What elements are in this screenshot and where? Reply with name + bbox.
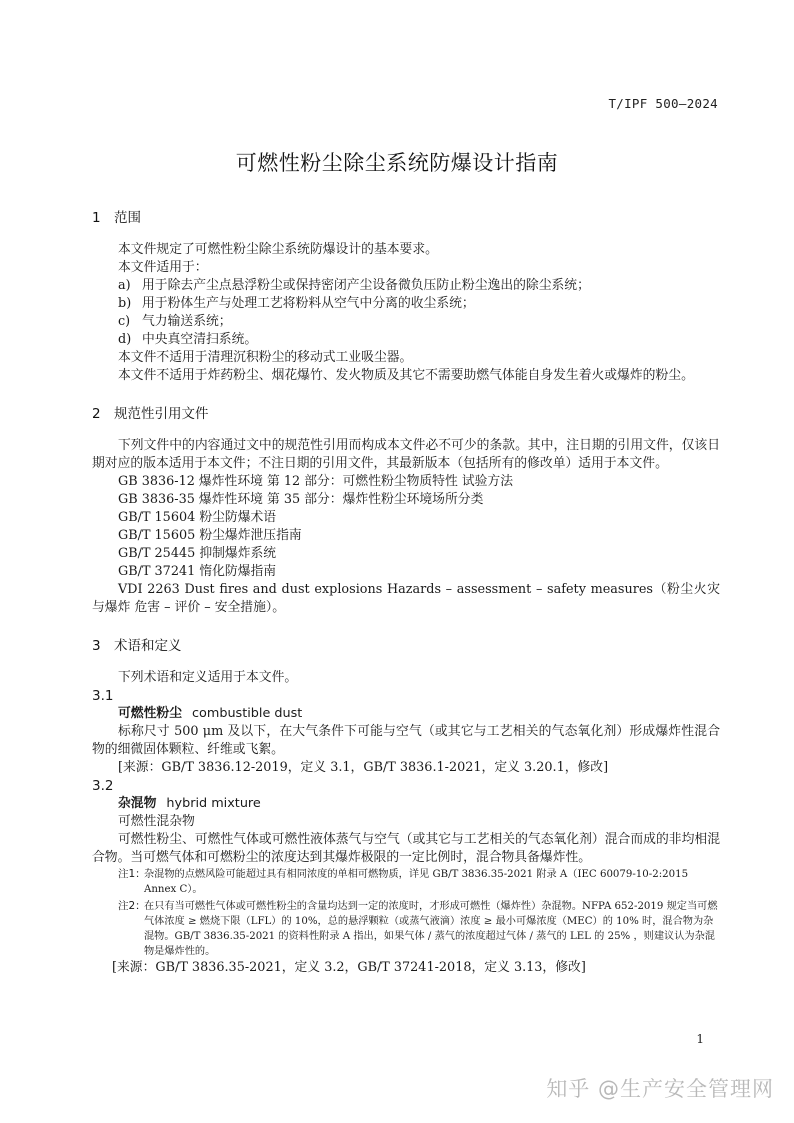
reference-item: GB 3836-12 爆炸性环境 第 12 部分：可燃性粉尘物质特性 试验方法 — [92, 473, 720, 491]
term-definition: 标称尺寸 500 μm 及以下，在大气条件下可能与空气（或其它与工艺相关的气态氧… — [92, 723, 720, 759]
note-text: 在只有当可燃性气体或可燃性粉尘的含量均达到一定的浓度时，才形成可燃性（爆炸性）杂… — [144, 901, 718, 957]
section-2-heading: 2规范性引用文件 — [92, 405, 720, 423]
standard-code: T/IPF 500—2024 — [608, 96, 718, 111]
term-number: 3.1 — [92, 687, 720, 705]
list-text: 用于粉体生产与处理工艺将粉料从空气中分离的收尘系统； — [142, 296, 475, 311]
list-text: 气力输送系统； — [142, 314, 232, 329]
list-item: a)用于除去产尘点悬浮粉尘或保持密闭产尘设备微负压防止粉尘逸出的除尘系统； — [92, 277, 720, 295]
reference-item: GB/T 15604 粉尘防爆术语 — [92, 509, 720, 527]
section-number: 3 — [92, 637, 114, 655]
list-item: c)气力输送系统； — [92, 313, 720, 331]
reference-item: VDI 2263 Dust fires and dust explosions … — [92, 581, 720, 617]
term-definition: 可燃性粉尘、可燃性气体或可燃性液体蒸气与空气（或其它与工艺相关的气态氧化剂）混合… — [92, 831, 720, 867]
term-source: [来源：GB/T 3836.12-2019，定义 3.1，GB/T 3836.1… — [92, 759, 720, 777]
term-entry: 杂混物hybrid mixture — [92, 795, 720, 813]
list-text: 用于除去产尘点悬浮粉尘或保持密闭产尘设备微负压防止粉尘逸出的除尘系统； — [142, 278, 590, 293]
list-item: d)中央真空清扫系统。 — [92, 331, 720, 349]
reference-item: GB/T 25445 抑制爆炸系统 — [92, 545, 720, 563]
section-title: 规范性引用文件 — [114, 406, 209, 422]
section-title: 术语和定义 — [114, 638, 182, 654]
list-item: b)用于粉体生产与处理工艺将粉料从空气中分离的收尘系统； — [92, 295, 720, 313]
term-number: 3.2 — [92, 777, 720, 795]
term-en: combustible dust — [192, 706, 302, 721]
page-number: 1 — [696, 1032, 704, 1046]
term-entry: 可燃性粉尘combustible dust — [92, 705, 720, 723]
watermark: 知乎 @生产安全管理网 — [546, 1073, 774, 1103]
list-text: 中央真空清扫系统。 — [142, 332, 257, 347]
reference-item: GB 3836-35 爆炸性环境 第 35 部分：爆炸性粉尘环境场所分类 — [92, 491, 720, 509]
note-text: 杂混物的点燃风险可能超过具有相同浓度的单相可燃物质，详见 GB/T 3836.3… — [144, 869, 688, 895]
paragraph: 下列术语和定义适用于本文件。 — [92, 669, 720, 687]
paragraph: 本文件不适用于清理沉积粉尘的移动式工业吸尘器。 — [92, 349, 720, 367]
list-label: d) — [118, 331, 142, 349]
note-label: 注2： — [118, 899, 146, 914]
term-source: [来源：GB/T 3836.35-2021，定义 3.2，GB/T 37241-… — [92, 959, 720, 977]
term-alternative: 可燃性混杂物 — [92, 813, 720, 831]
paragraph: 本文件不适用于炸药粉尘、烟花爆竹、发火物质及其它不需要助燃气体能自身发生着火或爆… — [92, 367, 720, 385]
note: 注1：杂混物的点燃风险可能超过具有相同浓度的单相可燃物质，详见 GB/T 383… — [92, 867, 720, 897]
note: 注2：在只有当可燃性气体或可燃性粉尘的含量均达到一定的浓度时，才形成可燃性（爆炸… — [92, 899, 720, 959]
reference-item: GB/T 37241 惰化防爆指南 — [92, 563, 720, 581]
list-label: b) — [118, 295, 142, 313]
reference-item: GB/T 15605 粉尘爆炸泄压指南 — [92, 527, 720, 545]
document-title: 可燃性粉尘除尘系统防爆设计指南 — [0, 147, 794, 177]
paragraph: 本文件规定了可燃性粉尘除尘系统防爆设计的基本要求。 — [92, 241, 720, 259]
section-3-heading: 3术语和定义 — [92, 637, 720, 655]
note-label: 注1： — [118, 867, 146, 882]
list-label: c) — [118, 313, 142, 331]
section-title: 范围 — [114, 210, 141, 226]
term-zh: 可燃性粉尘 — [118, 706, 182, 721]
document-body: 1范围 本文件规定了可燃性粉尘除尘系统防爆设计的基本要求。 本文件适用于： a)… — [92, 209, 720, 977]
section-number: 1 — [92, 209, 114, 227]
document-page: T/IPF 500—2024 可燃性粉尘除尘系统防爆设计指南 1范围 本文件规定… — [0, 0, 794, 1123]
paragraph: 下列文件中的内容通过文中的规范性引用而构成本文件必不可少的条款。其中，注日期的引… — [92, 437, 720, 473]
section-number: 2 — [92, 405, 114, 423]
section-1-heading: 1范围 — [92, 209, 720, 227]
term-zh: 杂混物 — [118, 796, 156, 811]
paragraph: 本文件适用于： — [92, 259, 720, 277]
term-en: hybrid mixture — [166, 796, 260, 811]
list-label: a) — [118, 277, 142, 295]
